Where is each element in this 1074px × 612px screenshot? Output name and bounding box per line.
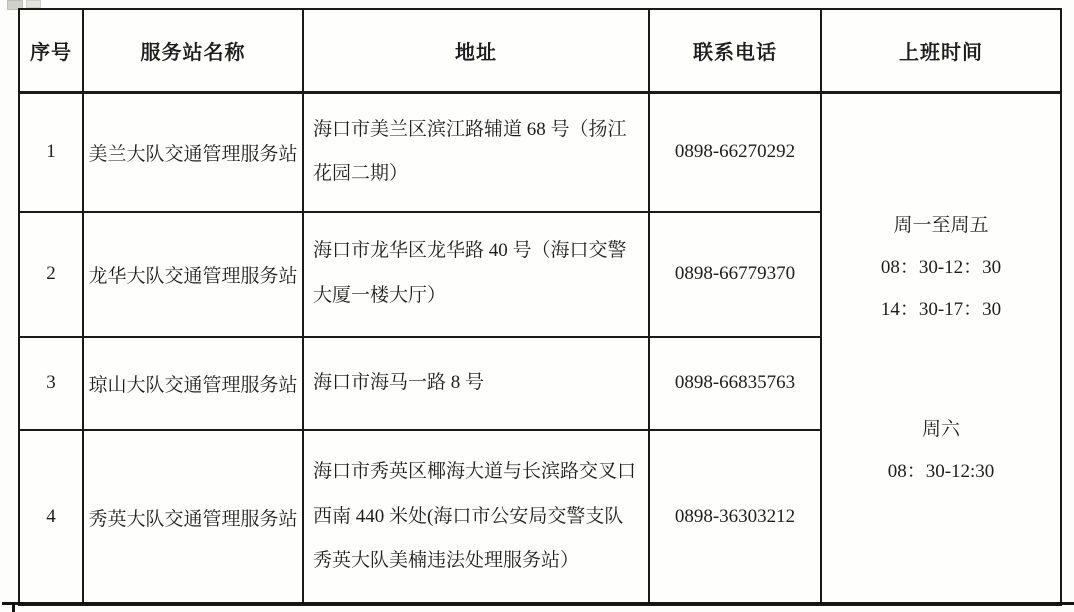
table-row: 1 美兰大队交通管理服务站 海口市美兰区滨江路辅道 68 号（扬江花园二期） 0…: [19, 93, 1061, 212]
saturday-label: 周六: [922, 409, 960, 451]
station-address: 海口市美兰区滨江路辅道 68 号（扬江花园二期）: [303, 93, 649, 212]
station-address: 海口市海马一路 8 号: [303, 337, 649, 430]
station-address: 海口市秀英区椰海大道与长滨路交叉口西南 440 米处(海口市公安局交警支队秀英大…: [303, 430, 649, 605]
row-number: 4: [19, 430, 83, 605]
saturday-hours: 08：30-12:30: [888, 451, 995, 493]
station-name: 龙华大队交通管理服务站: [83, 212, 303, 337]
weekday-label: 周一至周五: [893, 205, 988, 247]
station-phone: 0898-66779370: [649, 212, 821, 337]
scan-artifact-bottom-left: [12, 603, 15, 612]
station-phone: 0898-36303212: [649, 430, 821, 605]
station-name: 琼山大队交通管理服务站: [83, 337, 303, 430]
working-hours-cell: 周一至周五 08：30-12：30 14：30-17：30 周六 08：30-1…: [821, 93, 1061, 605]
weekday-afternoon-hours: 14：30-17：30: [881, 289, 1001, 331]
station-address: 海口市龙华区龙华路 40 号（海口交警大厦一楼大厅）: [303, 212, 649, 337]
header-phone: 联系电话: [649, 9, 821, 93]
service-stations-table: 序号 服务站名称 地址 联系电话 上班时间 1 美兰大队交通管理服务站 海口市美…: [18, 8, 1062, 606]
document-page: 序号 服务站名称 地址 联系电话 上班时间 1 美兰大队交通管理服务站 海口市美…: [0, 0, 1074, 612]
bottom-border-line: [2, 602, 1074, 605]
header-no: 序号: [19, 9, 83, 93]
weekday-morning-hours: 08：30-12：30: [881, 247, 1001, 289]
station-phone: 0898-66835763: [649, 337, 821, 430]
row-number: 2: [19, 212, 83, 337]
row-number: 1: [19, 93, 83, 212]
working-hours-content: 周一至周五 08：30-12：30 14：30-17：30 周六 08：30-1…: [822, 205, 1060, 493]
scan-artifact-top-left-2: [26, 0, 41, 8]
station-phone: 0898-66270292: [649, 93, 821, 212]
header-address: 地址: [303, 9, 649, 93]
row-number: 3: [19, 337, 83, 430]
station-name: 秀英大队交通管理服务站: [83, 430, 303, 605]
header-working-hours: 上班时间: [821, 9, 1061, 93]
station-name: 美兰大队交通管理服务站: [83, 93, 303, 212]
header-station-name: 服务站名称: [83, 9, 303, 93]
header-row: 序号 服务站名称 地址 联系电话 上班时间: [19, 9, 1061, 93]
